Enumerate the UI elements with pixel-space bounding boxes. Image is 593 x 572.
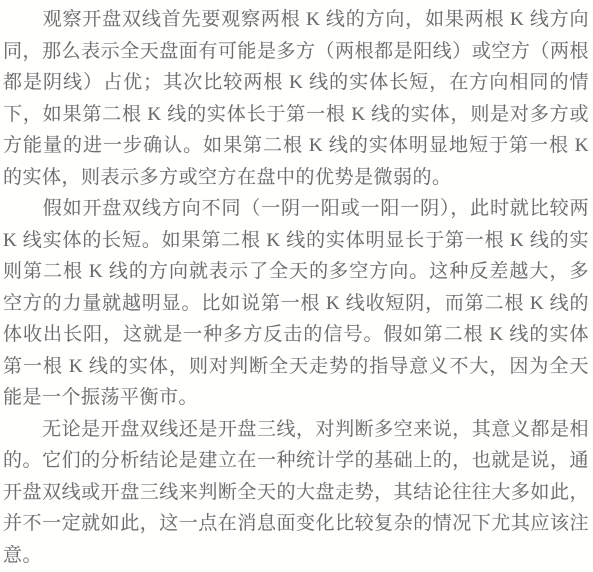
book-page: 观察开盘双线首先要观察两根 K 线的方向，如果两根 K 线方向相 同，那么表示全…	[0, 0, 593, 572]
text-line: 开盘双线或开盘三线来判断全天的大盘走势，其结论往往大多如此，但	[3, 477, 589, 509]
text-line: 都是阴线）占优；其次比较两根 K 线的实体长短，在方向相同的情况	[3, 67, 589, 99]
text-line: 体收出长阳，这就是一种多方反击的信号。假如第二根 K 线的实体短于	[3, 319, 589, 351]
text-line: 方能量的进一步确认。如果第二根 K 线的实体明显地短于第一根 K 线	[3, 130, 589, 162]
text-line: 同，那么表示全天盘面有可能是多方（两根都是阳线）或空方（两根	[3, 36, 589, 68]
text-line: 并不一定就如此，这一点在消息面变化比较复杂的情况下尤其应该注	[3, 508, 589, 540]
text-line: 能是一个振荡平衡市。	[3, 382, 589, 414]
text-line: 假如开盘双线方向不同（一阴一阳或一阳一阴），此时就比较两根	[3, 193, 589, 225]
text-line: 意。	[3, 540, 589, 572]
text-line: 则第二根 K 线的方向就表示了全天的多空方向。这种反差越大，多方或	[3, 256, 589, 288]
text-line: 无论是开盘双线还是开盘三线，对判断多空来说，其意义都是相对	[3, 414, 589, 446]
text-line: 下，如果第二根 K 线的实体长于第一根 K 线的实体，则是对多方或空	[3, 99, 589, 131]
text-line: 的实体，则表示多方或空方在盘中的优势是微弱的。	[3, 162, 589, 194]
text-line: 观察开盘双线首先要观察两根 K 线的方向，如果两根 K 线方向相	[3, 4, 589, 36]
text-line: K 线实体的长短。如果第二根 K 线的实体明显长于第一根 K 线的实体，	[3, 225, 589, 257]
text-line: 空方的力量就越明显。比如说第一根 K 线收短阴，而第二根 K 线的实	[3, 288, 589, 320]
paragraph-1: 观察开盘双线首先要观察两根 K 线的方向，如果两根 K 线方向相 同，那么表示全…	[3, 4, 589, 193]
paragraph-2: 假如开盘双线方向不同（一阴一阳或一阳一阴），此时就比较两根 K 线实体的长短。如…	[3, 193, 589, 414]
text-line: 第一根 K 线的实体，则对判断全天走势的指导意义不大，因为全天有可	[3, 351, 589, 383]
text-line: 的。它们的分析结论是建立在一种统计学的基础上的，也就是说，通过	[3, 445, 589, 477]
paragraph-3: 无论是开盘双线还是开盘三线，对判断多空来说，其意义都是相对 的。它们的分析结论是…	[3, 414, 589, 572]
